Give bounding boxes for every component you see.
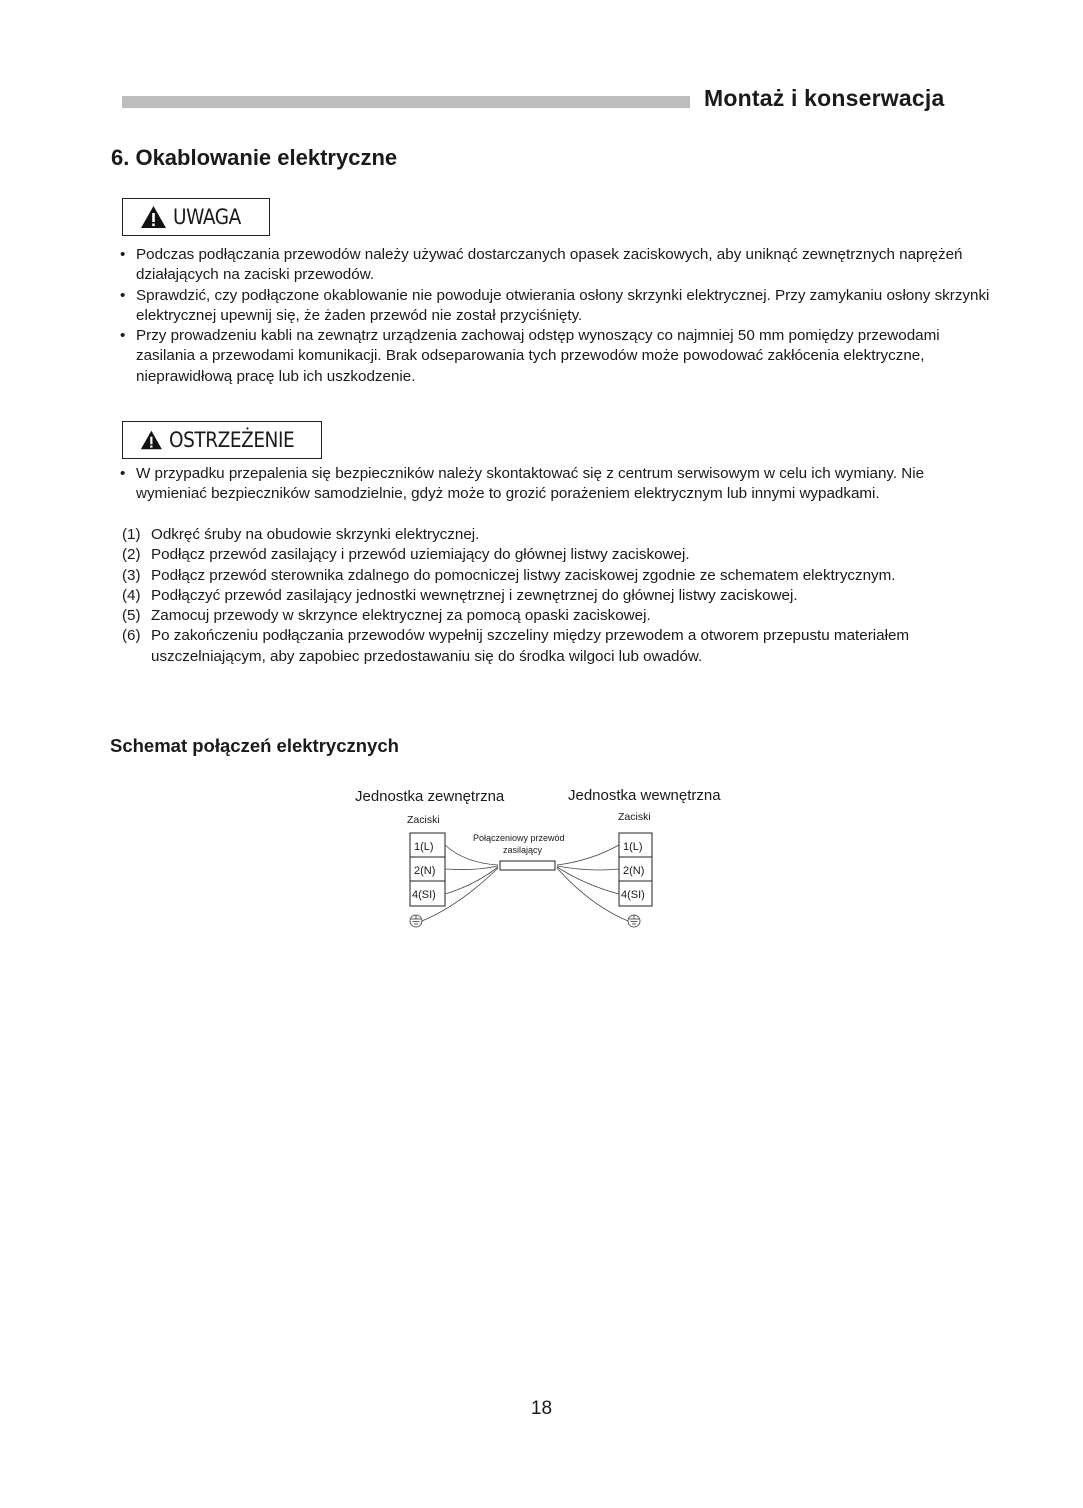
outdoor-terminal-2: 2(N) (414, 865, 435, 877)
warning-item: •W przypadku przepalenia się bezpiecznik… (118, 464, 998, 505)
indoor-terminal-4: 4(SI) (621, 889, 645, 901)
chapter-title: Montaż i konserwacja (704, 85, 944, 112)
caution-callout: UWAGA (122, 198, 270, 236)
warning-triangle-icon (140, 205, 167, 229)
outdoor-terminal-1: 1(L) (414, 841, 434, 853)
indoor-terminals-label: Zaciski (618, 811, 651, 823)
procedure-step: (6)Po zakończeniu podłączania przewodów … (122, 626, 982, 667)
outdoor-unit-label: Jednostka zewnętrzna (355, 788, 505, 805)
warning-triangle-icon (140, 428, 163, 452)
outdoor-terminals-label: Zaciski (407, 814, 440, 826)
outdoor-terminal-4: 4(SI) (412, 889, 436, 901)
indoor-terminal-1: 1(L) (623, 841, 643, 853)
caution-item: •Przy prowadzeniu kabli na zewnątrz urzą… (118, 326, 998, 387)
wiring-diagram: Jednostka zewnętrzna Jednostka wewnętrzn… (340, 775, 740, 945)
cable-label-line2: zasilający (503, 845, 543, 855)
caution-item: •Sprawdzić, czy podłączone okablowanie n… (118, 286, 998, 327)
procedure-step: (4)Podłączyć przewód zasilający jednostk… (122, 586, 982, 606)
caution-label: UWAGA (173, 205, 241, 229)
page-number: 18 (0, 1398, 1083, 1420)
connecting-cable (500, 861, 555, 870)
procedure-step: (1)Odkręć śruby na obudowie skrzynki ele… (122, 525, 982, 545)
ground-symbol-icon (410, 915, 422, 927)
warning-list: •W przypadku przepalenia się bezpiecznik… (118, 464, 998, 505)
procedure-steps: (1)Odkręć śruby na obudowie skrzynki ele… (122, 525, 982, 667)
procedure-step: (3)Podłącz przewód sterownika zdalnego d… (122, 566, 982, 586)
indoor-unit-label: Jednostka wewnętrzna (568, 787, 721, 804)
wiring-diagram-title: Schemat połączeń elektrycznych (110, 735, 399, 757)
caution-item: •Podczas podłączania przewodów należy uż… (118, 245, 998, 286)
ground-symbol-icon (628, 915, 640, 927)
procedure-step: (2)Podłącz przewód zasilający i przewód … (122, 545, 982, 565)
indoor-wires (557, 845, 628, 921)
caution-list: •Podczas podłączania przewodów należy uż… (118, 245, 998, 387)
warning-label: OSTRZEŻENIE (169, 428, 294, 452)
section-title: 6. Okablowanie elektryczne (111, 145, 397, 171)
cable-label-line1: Połączeniowy przewód (473, 833, 565, 843)
indoor-terminal-2: 2(N) (623, 865, 644, 877)
header-rule (122, 96, 690, 108)
warning-callout: OSTRZEŻENIE (122, 421, 322, 459)
procedure-step: (5)Zamocuj przewody w skrzynce elektrycz… (122, 606, 982, 626)
